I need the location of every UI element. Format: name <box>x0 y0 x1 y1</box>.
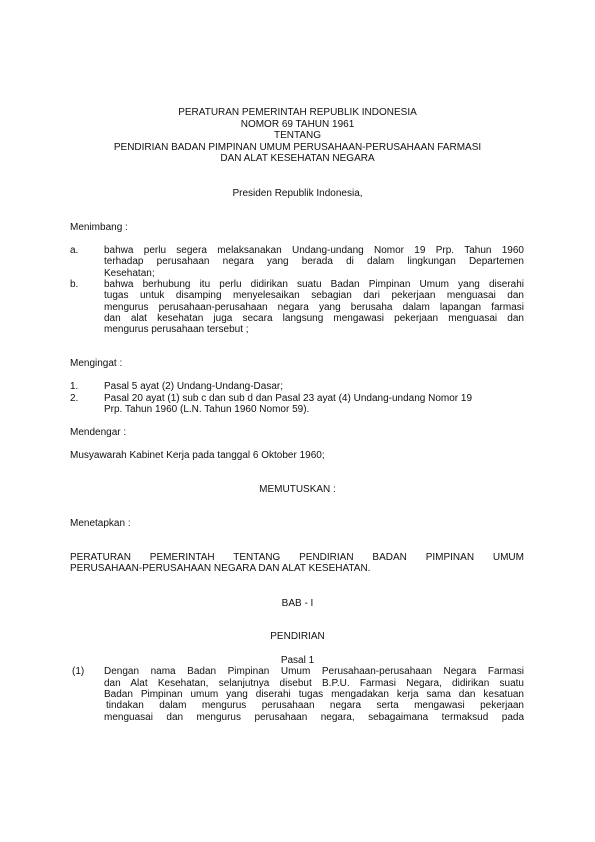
memutuskan-heading: MEMUTUSKAN : <box>70 484 525 495</box>
menimbang-heading: Menimbang : <box>70 222 128 233</box>
list-item-line: Badan Pimpinan umum yang diserahi tugas … <box>104 689 524 700</box>
title-line: DAN ALAT KESEHATAN NEGARA <box>70 153 525 164</box>
list-marker: b. <box>70 279 78 290</box>
list-item-line: tugas untuk disamping menyelesaikan seba… <box>104 290 524 301</box>
title-line: PERATURAN PEMERINTAH REPUBLIK INDONESIA <box>70 107 525 118</box>
list-item-line: Pasal 5 ayat (2) Undang-Undang-Dasar; <box>104 381 524 392</box>
pasal-heading: Pasal 1 <box>70 655 525 666</box>
list-item-line: Pasal 20 ayat (1) sub c dan sub d dan Pa… <box>104 393 524 404</box>
list-item-line: bahwa berhubung itu perlu didirikan suat… <box>104 279 524 290</box>
title-line: NOMOR 69 TAHUN 1961 <box>70 119 525 130</box>
list-item-line: Dengan nama Badan Pimpinan Umum Perusaha… <box>104 666 524 677</box>
menetapkan-line: PERATURAN PEMERINTAH TENTANG PENDIRIAN B… <box>70 552 524 563</box>
bab-title: PENDIRIAN <box>70 631 525 642</box>
list-item-line: Prp. Tahun 1960 (L.N. Tahun 1960 Nomor 5… <box>104 404 524 415</box>
bab-number: BAB - I <box>70 598 525 609</box>
list-item-line: mengurus perusahaan-perusahaan negara ya… <box>104 302 524 313</box>
president-line: Presiden Republik Indonesia, <box>70 188 525 199</box>
list-item-line: Kesehatan; <box>104 268 524 279</box>
list-item-line: dan alat kesehatan juga secara langsung … <box>104 313 524 324</box>
list-marker: 1. <box>70 381 78 392</box>
list-marker: a. <box>70 245 78 256</box>
menetapkan-line: PERUSAHAAN-PERUSAHAAN NEGARA DAN ALAT KE… <box>70 563 370 574</box>
mendengar-text: Musyawarah Kabinet Kerja pada tanggal 6 … <box>70 450 325 461</box>
mendengar-heading: Mendengar : <box>70 427 126 438</box>
list-marker: 2. <box>70 393 78 404</box>
list-item-line: menguasai dan mengurus perusahaan negara… <box>104 712 524 723</box>
list-item-line: terhadap perusahaan negara yang berada d… <box>104 256 524 267</box>
menetapkan-heading: Menetapkan : <box>70 518 131 529</box>
title-line: PENDIRIAN BADAN PIMPINAN UMUM PERUSAHAAN… <box>70 142 525 153</box>
list-item-line: bahwa perlu segera melaksanakan Undang-u… <box>104 245 524 256</box>
list-item-line: dan Alat Kesehatan, selanjutnya disebut … <box>104 678 524 689</box>
mengingat-heading: Mengingat : <box>70 358 122 369</box>
list-item-line: mengurus perusahaan tersebut ; <box>104 324 524 335</box>
list-marker: (1) <box>72 666 84 677</box>
list-item-line: tindakan dalam mengurus perusahaan negar… <box>106 700 524 711</box>
title-line: TENTANG <box>70 130 525 141</box>
